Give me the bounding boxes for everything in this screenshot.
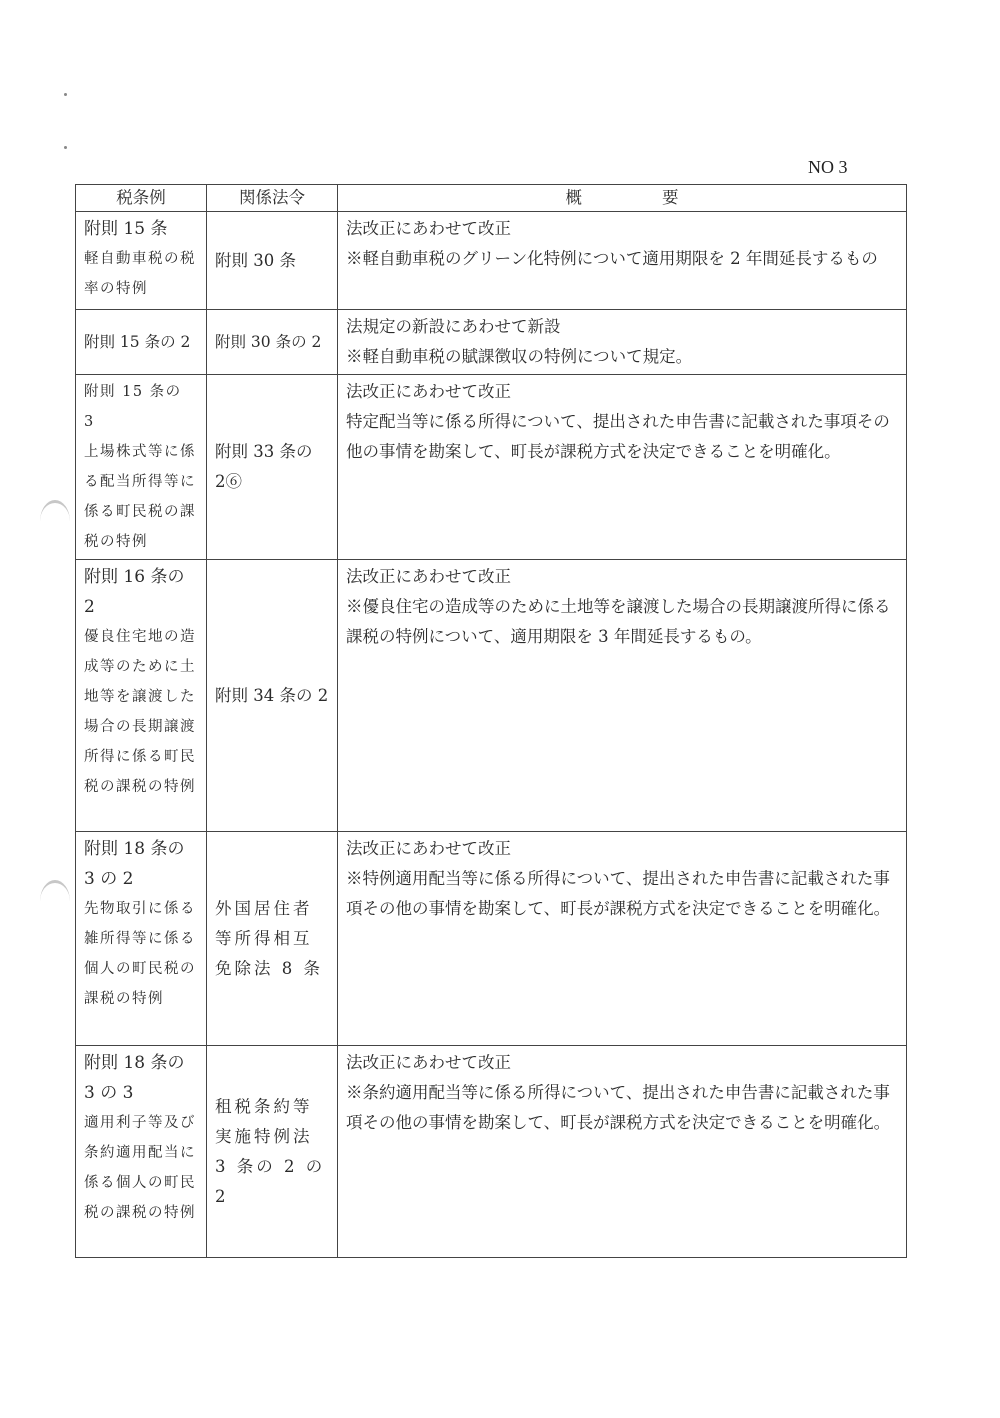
- ordinance-ref: 附則 16 条の 2: [84, 562, 198, 622]
- ordinance-cell: 附則 15 条 軽自動車税の税率の特例: [76, 212, 207, 310]
- summary-line: ※軽自動車税の賦課徴収の特例について規定。: [346, 342, 898, 372]
- related-law-cell: 租税条約等実施特例法 3 条の 2 の 2: [207, 1046, 338, 1258]
- table-row: 附則 18 条の 3 の 3 適用利子等及び条約適用配当に係る個人の町民税の課税…: [76, 1046, 907, 1258]
- punch-hole-mark: [40, 880, 70, 923]
- ordinance-title: 優良住宅地の造成等のために土地等を譲渡した場合の長期譲渡所得に係る町民税の課税の…: [84, 622, 198, 802]
- punch-hole-mark: [40, 500, 70, 543]
- ordinance-cell: 附則 18 条の 3 の 2 先物取引に係る雑所得等に係る個人の町民税の課税の特…: [76, 832, 207, 1046]
- header-related-law: 関係法令: [207, 185, 338, 212]
- ordinance-title: 先物取引に係る雑所得等に係る個人の町民税の課税の特例: [84, 894, 198, 1014]
- ordinance-ref: 附則 15 条の 3: [84, 377, 198, 437]
- table-row: 附則 15 条の 2 附則 30 条の 2 法規定の新設にあわせて新設 ※軽自動…: [76, 310, 907, 375]
- related-law-cell: 附則 33 条の 2⑥: [207, 375, 338, 560]
- summary-line: 法規定の新設にあわせて新設: [346, 312, 898, 342]
- ordinance-ref: 附則 15 条の 2: [84, 327, 198, 357]
- summary-line: 法改正にあわせて改正: [346, 562, 898, 592]
- summary-cell: 法改正にあわせて改正 ※軽自動車税のグリーン化特例について適用期限を 2 年間延…: [338, 212, 907, 310]
- summary-line: ※軽自動車税のグリーン化特例について適用期限を 2 年間延長するもの: [346, 244, 898, 274]
- table-row: 附則 16 条の 2 優良住宅地の造成等のために土地等を譲渡した場合の長期譲渡所…: [76, 560, 907, 832]
- summary-cell: 法規定の新設にあわせて新設 ※軽自動車税の賦課徴収の特例について規定。: [338, 310, 907, 375]
- summary-line: 特定配当等に係る所得について、提出された申告書に記載された事項その他の事情を勘案…: [346, 407, 898, 467]
- summary-line: 法改正にあわせて改正: [346, 377, 898, 407]
- ordinance-cell: 附則 16 条の 2 優良住宅地の造成等のために土地等を譲渡した場合の長期譲渡所…: [76, 560, 207, 832]
- table-header-row: 税条例 関係法令 概要: [76, 185, 907, 212]
- scan-speck: [64, 93, 67, 96]
- related-law-cell: 附則 30 条: [207, 212, 338, 310]
- ordinance-amendment-table: 税条例 関係法令 概要 附則 15 条 軽自動車税の税率の特例 附則 30 条 …: [75, 184, 907, 1258]
- page-number: NO 3: [808, 157, 848, 178]
- summary-cell: 法改正にあわせて改正 ※条約適用配当等に係る所得について、提出された申告書に記載…: [338, 1046, 907, 1258]
- ordinance-ref: 附則 15 条: [84, 214, 198, 244]
- ordinance-title: 上場株式等に係る配当所得等に係る町民税の課税の特例: [84, 437, 198, 557]
- related-law-cell: 附則 34 条の 2: [207, 560, 338, 832]
- header-ordinance: 税条例: [76, 185, 207, 212]
- table-row: 附則 18 条の 3 の 2 先物取引に係る雑所得等に係る個人の町民税の課税の特…: [76, 832, 907, 1046]
- summary-cell: 法改正にあわせて改正 ※優良住宅の造成等のために土地等を譲渡した場合の長期譲渡所…: [338, 560, 907, 832]
- table-row: 附則 15 条の 3 上場株式等に係る配当所得等に係る町民税の課税の特例 附則 …: [76, 375, 907, 560]
- summary-line: 法改正にあわせて改正: [346, 834, 898, 864]
- ordinance-title: 適用利子等及び条約適用配当に係る個人の町民税の課税の特例: [84, 1108, 198, 1228]
- summary-line: 法改正にあわせて改正: [346, 214, 898, 244]
- table-row: 附則 15 条 軽自動車税の税率の特例 附則 30 条 法改正にあわせて改正 ※…: [76, 212, 907, 310]
- related-law-cell: 附則 30 条の 2: [207, 310, 338, 375]
- summary-cell: 法改正にあわせて改正 ※特例適用配当等に係る所得について、提出された申告書に記載…: [338, 832, 907, 1046]
- ordinance-title: 軽自動車税の税率の特例: [84, 244, 198, 304]
- header-summary: 概要: [338, 185, 907, 212]
- summary-line: ※優良住宅の造成等のために土地等を譲渡した場合の長期譲渡所得に係る課税の特例につ…: [346, 592, 898, 652]
- summary-cell: 法改正にあわせて改正 特定配当等に係る所得について、提出された申告書に記載された…: [338, 375, 907, 560]
- scan-speck: [64, 146, 67, 149]
- related-law-cell: 外国居住者等所得相互免除法 8 条: [207, 832, 338, 1046]
- ordinance-cell: 附則 18 条の 3 の 3 適用利子等及び条約適用配当に係る個人の町民税の課税…: [76, 1046, 207, 1258]
- summary-line: 法改正にあわせて改正: [346, 1048, 898, 1078]
- summary-line: ※特例適用配当等に係る所得について、提出された申告書に記載された事項その他の事情…: [346, 864, 898, 924]
- summary-line: ※条約適用配当等に係る所得について、提出された申告書に記載された事項その他の事情…: [346, 1078, 898, 1138]
- ordinance-ref: 附則 18 条の 3 の 3: [84, 1048, 198, 1108]
- ordinance-cell: 附則 15 条の 2: [76, 310, 207, 375]
- ordinance-cell: 附則 15 条の 3 上場株式等に係る配当所得等に係る町民税の課税の特例: [76, 375, 207, 560]
- ordinance-ref: 附則 18 条の 3 の 2: [84, 834, 198, 894]
